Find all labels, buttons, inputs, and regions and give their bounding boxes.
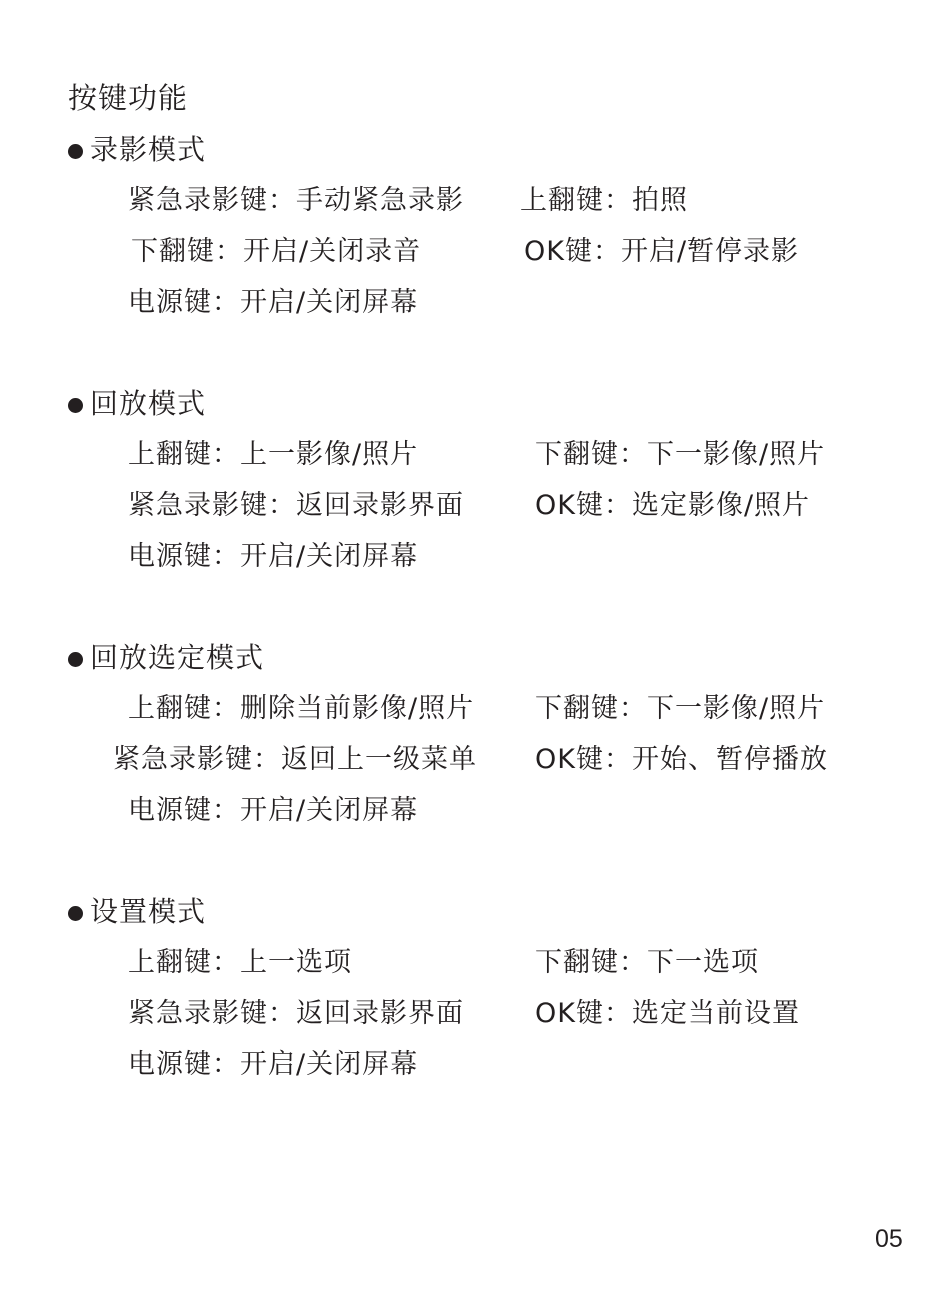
section-heading-label: 设置模式	[90, 894, 206, 930]
key-function-left: 紧急录影键：返回录影界面	[128, 488, 464, 524]
key-function-left: 电源键：开启/关闭屏幕	[128, 793, 418, 829]
key-function-right: 下翻键：下一选项	[535, 945, 759, 981]
key-function-left: 电源键：开启/关闭屏幕	[128, 1047, 418, 1083]
section-heading: 录影模式	[68, 132, 928, 168]
section-settings-mode: 设置模式 上翻键：上一选项 下翻键：下一选项 紧急录影键：返回录影界面 OK键：…	[68, 894, 928, 930]
key-function-left: 上翻键：上一选项	[128, 945, 352, 981]
key-function-right: OK键：开始、暂停播放	[535, 742, 828, 778]
function-row: 紧急录影键：手动紧急录影 上翻键：拍照	[68, 183, 928, 219]
key-function-left: 电源键：开启/关闭屏幕	[128, 285, 418, 321]
page-title: 按键功能	[68, 80, 188, 116]
key-function-right: OK键：选定影像/照片	[535, 488, 810, 524]
section-heading: 回放选定模式	[68, 640, 928, 676]
key-function-right: 下翻键：下一影像/照片	[535, 437, 825, 473]
function-row: 电源键：开启/关闭屏幕	[68, 539, 928, 575]
key-function-left: 上翻键：上一影像/照片	[128, 437, 418, 473]
key-function-left: 下翻键：开启/关闭录音	[131, 234, 421, 270]
key-function-left: 紧急录影键：返回上一级菜单	[113, 742, 477, 778]
section-record-mode: 录影模式 紧急录影键：手动紧急录影 上翻键：拍照 下翻键：开启/关闭录音 OK键…	[68, 132, 928, 168]
bullet-icon	[68, 144, 83, 159]
section-heading-label: 录影模式	[90, 132, 206, 168]
section-playback-select-mode: 回放选定模式 上翻键：删除当前影像/照片 下翻键：下一影像/照片 紧急录影键：返…	[68, 640, 928, 676]
function-row: 电源键：开启/关闭屏幕	[68, 1047, 928, 1083]
key-function-left: 上翻键：删除当前影像/照片	[128, 691, 474, 727]
key-function-right: 下翻键：下一影像/照片	[535, 691, 825, 727]
section-heading-label: 回放选定模式	[90, 640, 264, 676]
page-number: 05	[875, 1224, 903, 1254]
section-heading: 回放模式	[68, 386, 928, 422]
section-heading: 设置模式	[68, 894, 928, 930]
function-row: 紧急录影键：返回录影界面 OK键：选定影像/照片	[68, 488, 928, 524]
section-playback-mode: 回放模式 上翻键：上一影像/照片 下翻键：下一影像/照片 紧急录影键：返回录影界…	[68, 386, 928, 422]
bullet-icon	[68, 398, 83, 413]
function-row: 电源键：开启/关闭屏幕	[68, 793, 928, 829]
function-row: 紧急录影键：返回录影界面 OK键：选定当前设置	[68, 996, 928, 1032]
function-row: 上翻键：上一影像/照片 下翻键：下一影像/照片	[68, 437, 928, 473]
bullet-icon	[68, 906, 83, 921]
section-heading-label: 回放模式	[90, 386, 206, 422]
key-function-left: 紧急录影键：手动紧急录影	[128, 183, 464, 219]
function-row: 上翻键：删除当前影像/照片 下翻键：下一影像/照片	[68, 691, 928, 727]
key-function-right: 上翻键：拍照	[520, 183, 688, 219]
key-function-left: 电源键：开启/关闭屏幕	[128, 539, 418, 575]
function-row: 紧急录影键：返回上一级菜单 OK键：开始、暂停播放	[68, 742, 928, 778]
key-function-right: OK键：选定当前设置	[535, 996, 800, 1032]
key-function-left: 紧急录影键：返回录影界面	[128, 996, 464, 1032]
key-function-right: OK键：开启/暂停录影	[524, 234, 799, 270]
bullet-icon	[68, 652, 83, 667]
function-row: 电源键：开启/关闭屏幕	[68, 285, 928, 321]
function-row: 上翻键：上一选项 下翻键：下一选项	[68, 945, 928, 981]
function-row: 下翻键：开启/关闭录音 OK键：开启/暂停录影	[68, 234, 928, 270]
